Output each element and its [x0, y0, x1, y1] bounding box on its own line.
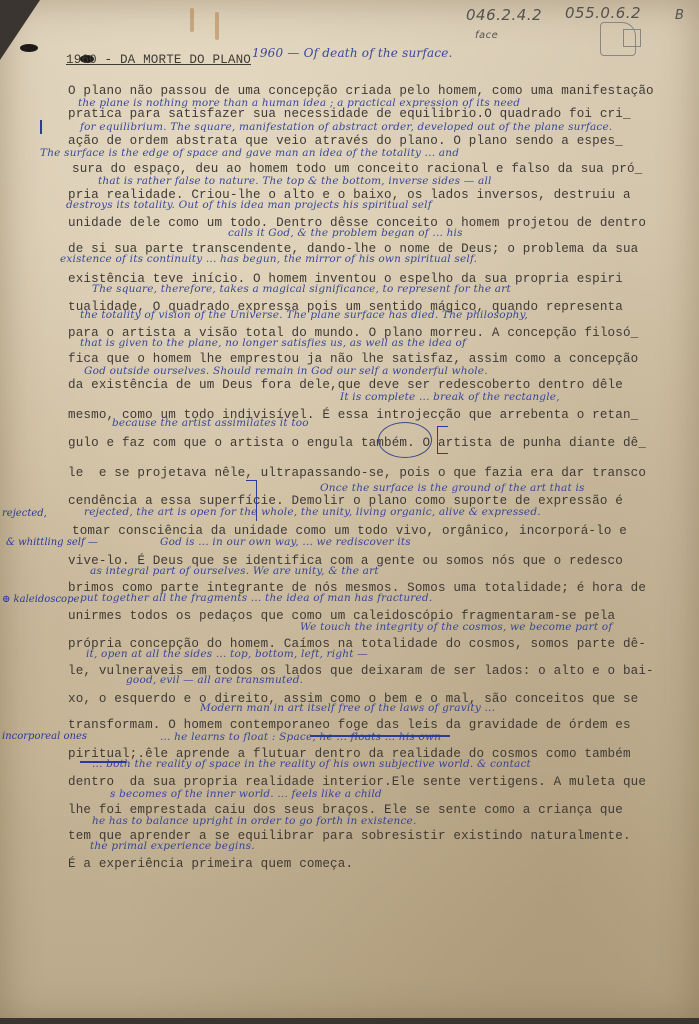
margin-note-whittling: & whittling self —: [6, 537, 98, 548]
punch-hole: [20, 44, 38, 52]
circled-word: [378, 422, 432, 458]
strikethrough: [310, 735, 450, 737]
handwritten-line: the totality of vision of the Universe. …: [80, 309, 528, 321]
typed-line: le e se projetava nêle, ultrapassando-se…: [68, 466, 646, 480]
margin-note-kaleidoscope: ⊕ kaleidoscope: [2, 594, 79, 605]
handwritten-line: calls it God, & the problem began of ...…: [228, 227, 463, 239]
handwritten-line: he has to balance upright in order to go…: [92, 815, 417, 827]
typed-line: ação de ordem abstrata que veio através …: [68, 134, 623, 148]
margin-mark: [40, 120, 42, 134]
handwritten-line: destroys its totality. Out of this idea …: [66, 199, 432, 211]
title-annotation: 1960 — Of death of the surface.: [252, 46, 453, 60]
typed-line: gulo e faz com que o artista o engula ta…: [68, 436, 646, 450]
pencil-word: face: [475, 30, 498, 41]
handwritten-line: rejected, the art is open for the whole,…: [84, 506, 541, 518]
handwritten-line: It is complete ... break of the rectangl…: [340, 391, 560, 403]
typed-line: pratica para satisfazer sua necessidade …: [68, 107, 631, 121]
manuscript-page: 046.2.4.2 055.0.6.2 B face 1960 - DA MOR…: [0, 0, 699, 1024]
typed-line: da existência de um Deus fora dele,que d…: [68, 378, 623, 392]
handwritten-line: We touch the integrity of the cosmos, we…: [300, 621, 612, 633]
handwritten-line: good, evil — all are transmuted.: [126, 674, 303, 686]
handwritten-line: God is ... in our own way, ... we redisc…: [160, 536, 411, 548]
rust-stain: [190, 8, 194, 32]
archive-ref-2: 055.0.6.2: [565, 4, 641, 22]
rust-stain: [215, 12, 219, 40]
handwritten-line: it, open at all the sides ... top, botto…: [86, 648, 368, 660]
handwritten-line: for equilibrium. The square, manifestati…: [80, 121, 612, 133]
margin-note-incorporeal: incorporeal ones: [2, 731, 87, 742]
typed-line: transformam. O homem contemporaneo foge …: [68, 718, 631, 732]
handwritten-line: Modern man in art itself free of the law…: [200, 702, 495, 714]
handwritten-line: God outside ourselves. Should remain in …: [84, 365, 488, 377]
insertion-bracket: [437, 426, 448, 454]
typed-line: sura do espaço, deu ao homem todo um con…: [72, 162, 642, 176]
typed-line: dentro da sua propria realidade interior…: [68, 775, 646, 789]
typed-line: fica que o homem lhe emprestou ja não lh…: [68, 352, 638, 366]
handwritten-line: because the artist assimilates it too: [112, 417, 309, 429]
pencil-letter: B: [675, 8, 684, 23]
handwritten-line: that is rather false to nature. The top …: [98, 175, 492, 187]
handwritten-line: The square, therefore, takes a magical s…: [92, 283, 511, 295]
handwritten-line: Once the surface is the ground of the ar…: [320, 482, 585, 494]
handwritten-line: ... he learns to float : Space, he ... f…: [160, 731, 441, 743]
page-edge: [0, 1018, 699, 1024]
handwritten-line: as integral part of ourselves. We are un…: [90, 565, 379, 577]
handwritten-line: the plane is nothing more than a human i…: [78, 97, 520, 109]
handwritten-line: the primal experience begins.: [90, 840, 255, 852]
strikethrough: [80, 761, 126, 763]
document-title: 1960 - DA MORTE DO PLANO: [66, 53, 251, 67]
typed-line: O plano não passou de uma concepção cria…: [68, 84, 654, 98]
handwritten-line: that is given to the plane, no longer sa…: [80, 337, 466, 349]
insertion-bracket: [246, 480, 257, 521]
archive-ref-1: 046.2.4.2: [466, 6, 542, 24]
pencil-sketch: [600, 22, 636, 56]
handwritten-line: existence of its continuity ... has begu…: [60, 253, 477, 265]
margin-note-rejected: rejected,: [2, 508, 47, 519]
handwritten-line: s becomes of the inner world. ... feels …: [110, 788, 382, 800]
handwritten-line: ... both the reality of space in the rea…: [92, 758, 531, 770]
handwritten-line: put together all the fragments ... the i…: [80, 592, 432, 604]
handwritten-line: The surface is the edge of space and gav…: [40, 147, 459, 159]
typed-line: É a experiência primeira quem começa.: [68, 857, 353, 871]
